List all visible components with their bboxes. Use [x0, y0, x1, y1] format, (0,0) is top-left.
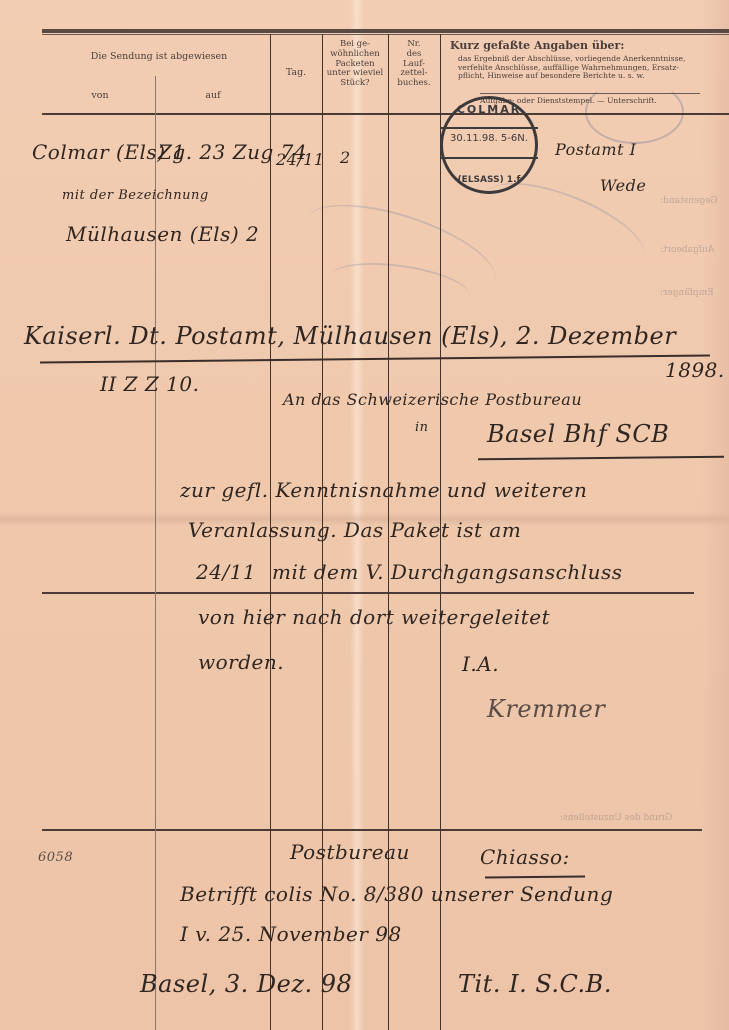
row-rule [42, 592, 694, 594]
postmark-date: 30.11.98. 5-6N. [443, 133, 535, 144]
column-divider-von-auf [155, 76, 156, 1030]
letter-line5: mit dem V. Durchgangsanschluss [272, 560, 623, 584]
ghost-label: Aufgabeort: [660, 245, 714, 255]
reply-signature: Tit. I. S.C.B. [458, 970, 612, 998]
postmark-colmar: COLMAR 30.11.98. 5-6N. (ELSASS) 1.f [440, 96, 538, 194]
top-rule [42, 29, 729, 33]
letter-line2-address: Basel Bhf SCB [487, 420, 669, 448]
header-nr: Nr.desLauf-zettel-buches. [389, 40, 439, 89]
signature-rule [480, 93, 700, 94]
header-stueck: Bei ge-wöhnlichenPacketenunter wievielSt… [323, 40, 387, 89]
reply-line1: Betrifft colis No. 8/380 unserer Sendung [180, 882, 613, 906]
letter-year: 1898. [665, 358, 725, 382]
entry-tag: 24/11 [276, 150, 325, 169]
letter-signature: Kremmer [487, 695, 605, 723]
ghost-label: Gegenstand: [660, 196, 718, 206]
letter-heading: Kaiserl. Dt. Postamt, Mülhausen (Els), 2… [24, 322, 676, 350]
postmark-city: COLMAR [443, 103, 535, 116]
letter-line6: von hier nach dort weitergeleitet [198, 605, 550, 629]
header-angaben-title: Kurz gefaßte Angaben über: [450, 40, 710, 53]
header-angaben-desc: das Ergebniß der Abschlüsse, vorliegende… [458, 55, 718, 81]
ghost-label: Empfänger: [660, 288, 714, 298]
letter-line1: An das Schweizerische Postbureau [283, 390, 582, 409]
faint-stamp-imprint [585, 80, 684, 144]
letter-reference: II Z Z 10. [100, 372, 199, 396]
ghost-label: Grund des Unzustellens: [560, 813, 672, 823]
entry-office-signature: Postamt I [555, 140, 636, 159]
letter-line2-prefix: in [415, 420, 429, 435]
header-auf: auf [160, 91, 266, 102]
header-sendung: Die Sendung ist abgewiesen [50, 52, 268, 63]
row-rule [42, 829, 702, 831]
reply-line2: I v. 25. November 98 [180, 922, 402, 946]
postmark-region: (ELSASS) 1.f [443, 175, 535, 185]
margin-number: 6058 [38, 850, 73, 865]
letter-line5-date: 24/11 [196, 560, 256, 584]
letter-sign-prefix: I.A. [462, 652, 499, 676]
paper-edge-shadow [701, 0, 729, 1030]
address-underline [478, 456, 724, 461]
entry-auf-line3: Mülhausen (Els) 2 [66, 222, 259, 246]
heading-underline [40, 354, 710, 363]
addressee-underline [485, 875, 585, 878]
reply-addressee: Chiasso: [480, 845, 570, 869]
header-bottom-rule [42, 113, 729, 115]
entry-name-signature: Wede [600, 176, 646, 195]
document-sheet: Gegenstand: Aufgabeort: Empfänger: Grund… [0, 0, 729, 1030]
top-rule-inner [42, 34, 729, 35]
letter-line7: worden. [198, 650, 284, 674]
letter-line3: zur gefl. Kenntnisnahme und weiteren [180, 478, 587, 502]
header-tag: Tag. [272, 68, 320, 79]
letter-line4: Veranlassung. Das Paket ist am [188, 518, 521, 542]
header-von: von [50, 91, 150, 102]
reply-place-date: Basel, 3. Dez. 98 [140, 970, 352, 998]
entry-stueck: 2 [340, 148, 351, 167]
entry-auf-line2: mit der Bezeichnung [62, 188, 209, 203]
reply-addressee-prefix: Postbureau [290, 840, 410, 864]
